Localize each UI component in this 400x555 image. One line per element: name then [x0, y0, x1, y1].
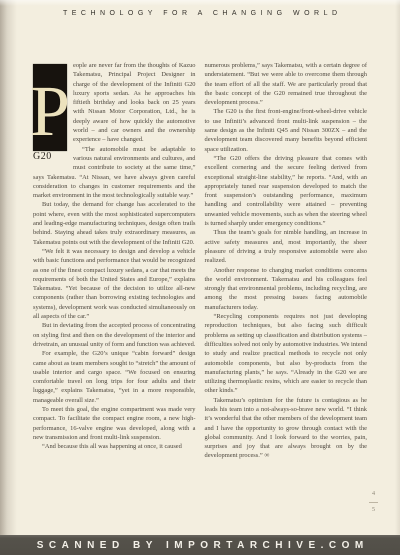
article-paragraph: To meet this goal, the engine compartmen…: [33, 405, 196, 442]
article-paragraph: “And because this all was happening at o…: [33, 442, 196, 451]
drop-cap-glyph: P: [30, 75, 70, 147]
article-paragraph: Another response to changing market cond…: [205, 266, 368, 312]
article-paragraph: “The G20 offers the driving pleasure tha…: [205, 154, 368, 228]
drop-cap-block: P G20: [33, 64, 67, 161]
page-header-title: TECHNOLOGY FOR A CHANGING WORLD: [0, 10, 400, 17]
article-paragraph: “We felt it was necessary to design and …: [33, 247, 196, 321]
drop-cap-letter: P: [33, 64, 67, 151]
scan-watermark-bar: SCANNED BY IMPORTARCHIVE.COM: [0, 535, 400, 555]
drop-cap-label-g20: G20: [33, 152, 67, 161]
page-number-bottom: 5: [369, 507, 378, 514]
article-paragraph-text: Takematsu’s optimism for the future is c…: [205, 397, 368, 460]
magazine-page: TECHNOLOGY FOR A CHANGING WORLD P G20 eo…: [0, 0, 400, 555]
article-column-left: P G20 eople are never far from the thoug…: [33, 61, 196, 461]
page-number-divider: [369, 502, 378, 503]
page-number-top: 4: [369, 491, 378, 498]
article-paragraph: But in deviating from the accepted proce…: [33, 321, 196, 349]
article-paragraph: The G20 is the first front-engine/front-…: [205, 107, 368, 153]
article-columns: P G20 eople are never far from the thoug…: [33, 61, 367, 461]
page-number-marker: 4 5: [369, 491, 378, 513]
scan-watermark-text: SCANNED BY IMPORTARCHIVE.COM: [31, 540, 368, 551]
article-paragraph: But today, the demand for change has acc…: [33, 200, 196, 246]
article-paragraph: numerous problems,” says Takematsu, with…: [205, 61, 368, 107]
article-end-mark: ∞: [264, 451, 270, 459]
article-paragraph: Takematsu’s optimism for the future is c…: [205, 396, 368, 461]
article-column-right: numerous problems,” says Takematsu, with…: [205, 61, 368, 461]
article-paragraph: For example, the G20’s unique “cabin for…: [33, 349, 196, 405]
article-paragraph: Thus the team’s goals for nimble handlin…: [205, 228, 368, 265]
article-paragraph: “Recycling components requires not just …: [205, 312, 368, 396]
